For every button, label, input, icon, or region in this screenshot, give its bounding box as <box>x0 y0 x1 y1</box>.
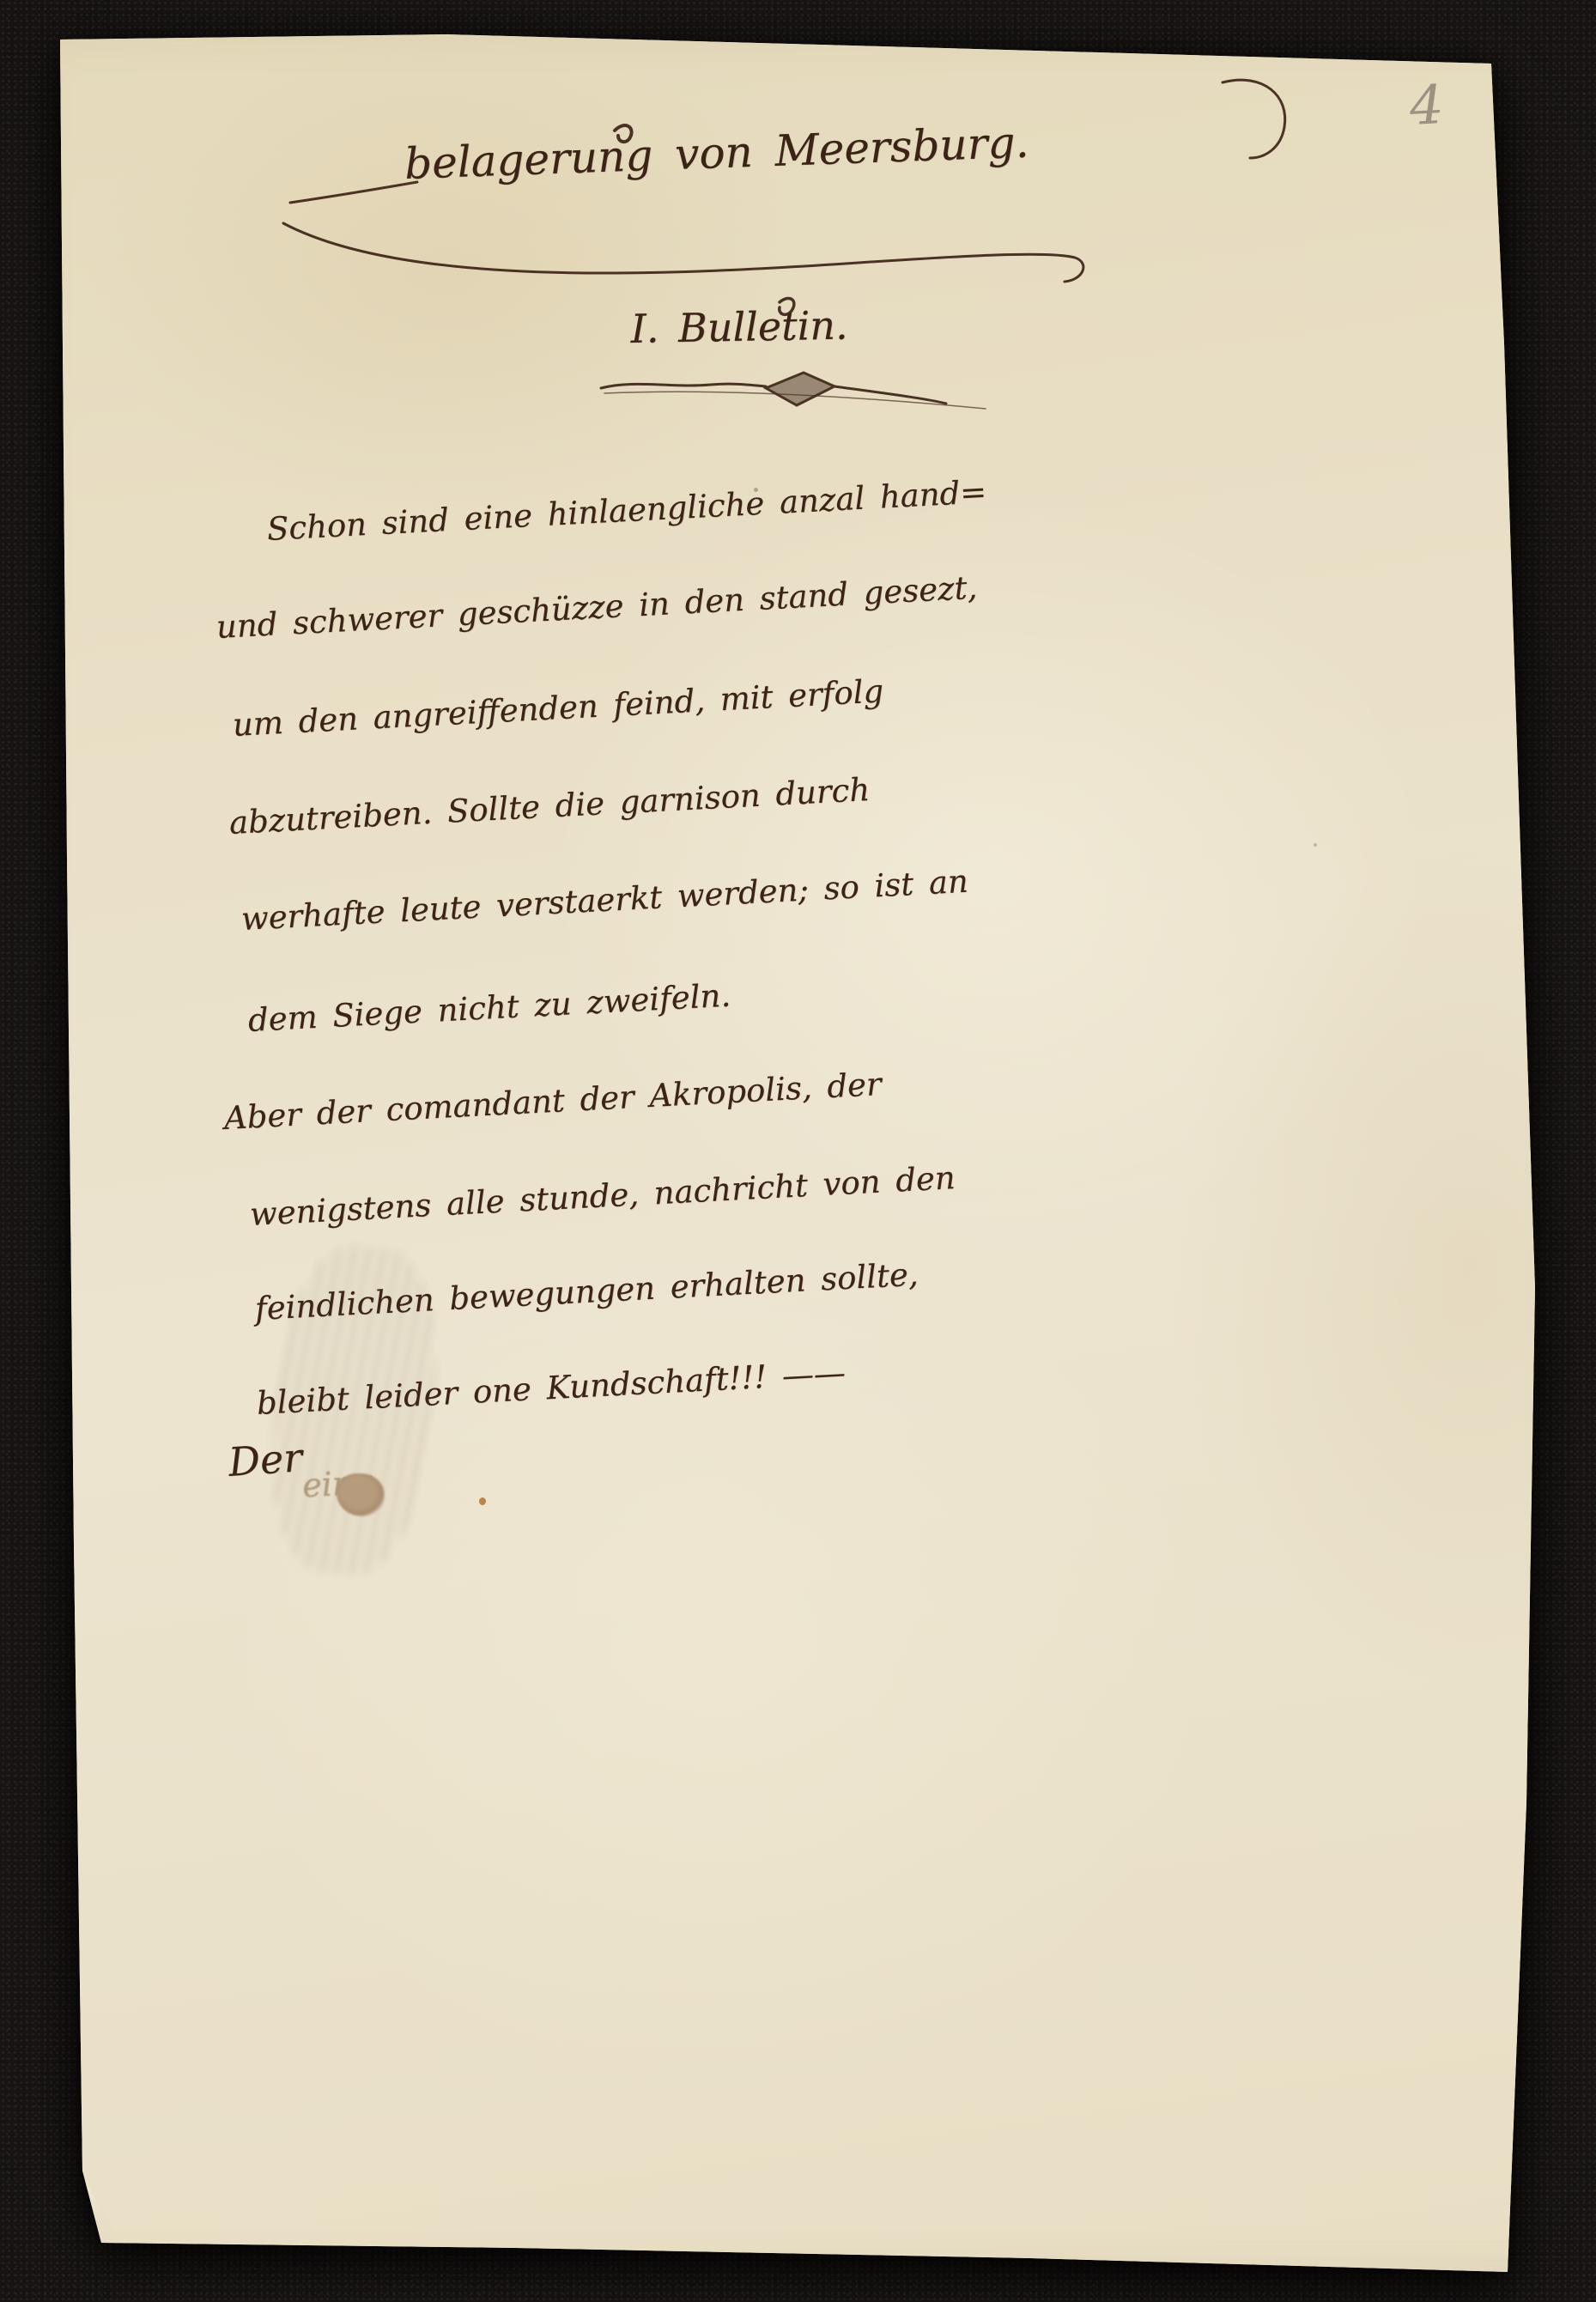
title-leadin-flourish <box>290 182 417 203</box>
body-line: wenigstens alle stunde, nachricht von de… <box>249 1162 956 1230</box>
heading-underline-diamond <box>766 373 834 405</box>
body-line: um den angreiffenden feind, mit erfolg <box>232 675 884 741</box>
ink-blot <box>337 1473 385 1516</box>
foxing-speck <box>1314 843 1317 847</box>
document-title: belagerung von Meersburg. <box>404 121 1029 185</box>
photo-background: 4 belagerung von Meersburg. I. Bulletin.… <box>0 0 1596 2302</box>
body-line: und schwerer geschüzze in den stand gese… <box>215 572 978 643</box>
paper-fold <box>72 2159 125 2250</box>
title-underline-flourish <box>283 223 1083 282</box>
heading-underline-left <box>601 384 766 388</box>
body-line: dem Siege nicht zu zweifeln. <box>247 980 731 1036</box>
manuscript-page: 4 belagerung von Meersburg. I. Bulletin.… <box>0 0 1596 2302</box>
page-number: 4 <box>1408 78 1445 133</box>
section-heading: I. Bulletin. <box>630 306 848 349</box>
foxing-speck <box>754 488 758 492</box>
heading-underline-right <box>834 386 946 404</box>
body-line: werhafte leute verstaerkt werden; so ist… <box>240 866 969 935</box>
heading-underline-thin <box>604 392 986 409</box>
title-right-swash <box>1223 80 1285 158</box>
body-line: abzutreiben. Sollte die garnison durch <box>228 774 871 839</box>
paper-shadow-wrap: 4 belagerung von Meersburg. I. Bulletin.… <box>0 0 1596 2302</box>
body-line: Schon sind eine hinlaengliche anzal hand… <box>266 476 987 545</box>
body-line: Aber der comandant der Akropolis, der <box>223 1068 882 1134</box>
foxing-speck <box>479 1497 486 1505</box>
